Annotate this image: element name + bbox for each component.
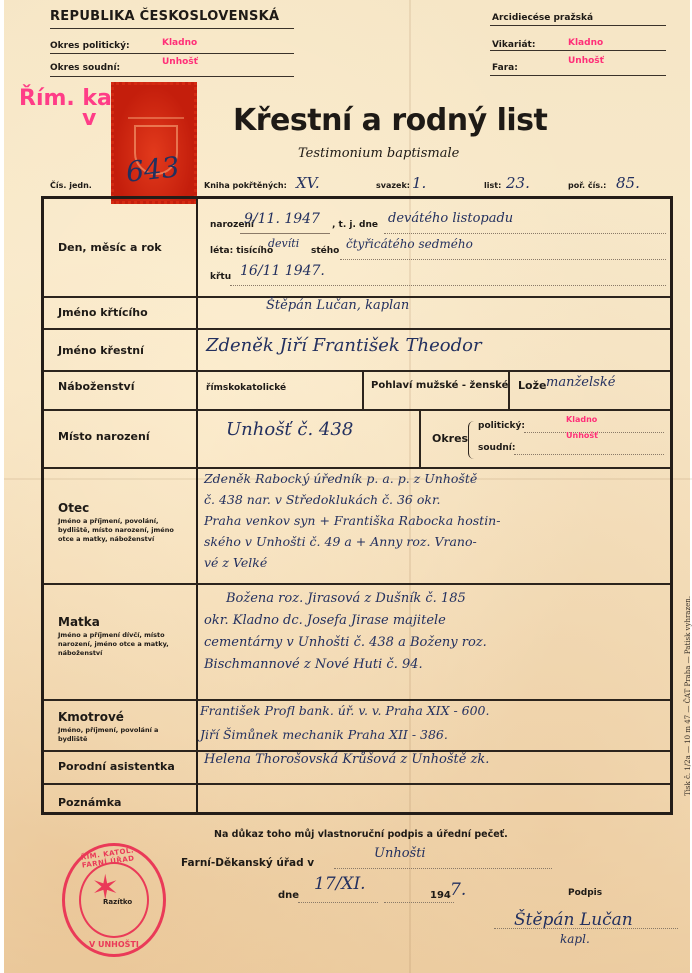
midwife-value: Helena Thorošovská Krůšová z Unhoště zk. <box>204 752 489 767</box>
kniha-label: Kniha pokřtěných: <box>204 181 287 190</box>
kniha-value: XV. <box>296 174 320 192</box>
fill-line <box>230 285 666 286</box>
mother-line: cementárny v Unhošti č. 438 a Boženy roz… <box>204 635 487 650</box>
cell-divider <box>419 411 421 468</box>
father-sublabel: Jméno a příjmení, povolání, bydliště, mí… <box>58 517 190 544</box>
mother-line: Božena roz. Jirasová z Dušník č. 185 <box>226 591 466 606</box>
por-cis-value: 85. <box>616 174 640 192</box>
year-value: 7. <box>450 880 466 900</box>
fara-label: Fara: <box>492 63 518 73</box>
vikariat-value: Kladno <box>568 38 603 48</box>
date-label: dne <box>278 890 299 901</box>
date-value: 17/XI. <box>314 874 366 894</box>
tj-dne-value: devátého listopadu <box>388 211 513 226</box>
fill-line <box>384 233 666 234</box>
father-line: ského v Unhošti č. 49 a + Anny roz. Vran… <box>204 534 477 549</box>
year-prefix: 194 <box>430 890 451 901</box>
stamp-number: 643 <box>124 150 181 188</box>
document-title: Křestní a rodný list <box>233 103 547 138</box>
list-label: list: <box>484 181 501 190</box>
parish-seal: ŘÍM. KATOL. FARNÍ ÚŘAD ✶ Razítko V UNHOŠ… <box>62 843 166 957</box>
bed-label: Lože <box>518 379 546 392</box>
fill-line <box>384 902 454 903</box>
divider <box>50 53 294 54</box>
politicky-label: politický: <box>478 421 525 431</box>
politicky-value: Kladno <box>566 415 597 424</box>
fill-line <box>240 233 330 234</box>
steho-label: stého <box>311 246 339 256</box>
divider <box>490 75 666 76</box>
note-label: Poznámka <box>58 796 121 809</box>
okres-soudni-value: Unhošť <box>162 57 198 67</box>
stamp-crest-icon <box>128 93 184 119</box>
okres-politicky-value: Kladno <box>162 38 197 48</box>
mother-line: Bischmannové z Nové Huti č. 94. <box>204 657 423 672</box>
father-label: Otec <box>58 501 89 515</box>
cell-divider <box>508 370 510 409</box>
cis-jedn-label: Čís. jedn. <box>50 181 92 190</box>
father-line: Praha venkov syn + Františka Rabocka hos… <box>204 513 500 528</box>
fill-line <box>334 868 552 869</box>
parish-stamp-line2: v <box>82 106 96 131</box>
attestation-text: Na důkaz toho můj vlastnoruční podpis a … <box>214 829 508 840</box>
fill-line <box>494 928 678 929</box>
sex-label: Pohlaví mužské - ženské <box>371 380 508 391</box>
fill-line <box>340 259 666 260</box>
row-divider <box>44 583 670 585</box>
office-label: Farní-Děkanský úřad v <box>181 857 314 869</box>
seal-center-label: Razítko <box>103 898 132 906</box>
religion-label: Náboženství <box>58 380 135 393</box>
mother-line: okr. Kladno dc. Josefa Jirase majitele <box>204 613 446 628</box>
archdiocese-label: Arcidiecése pražská <box>492 13 593 23</box>
seal-bottom-text: V UNHOŠTI <box>89 940 139 949</box>
okres-politicky-label: Okres politický: <box>50 41 130 51</box>
row-divider <box>44 328 670 330</box>
svazek-label: svazek: <box>376 181 410 190</box>
narozeni-value: 9/11. 1947 <box>244 211 320 227</box>
godparent-line: Jiří Šimůnek mechanik Praha XII - 386. <box>200 727 448 742</box>
row-divider <box>44 783 670 785</box>
signature: Štěpán Lučan <box>514 910 633 930</box>
krtu-value: 16/11 1947. <box>240 263 325 279</box>
steho-value: čtyřicátého sedmého <box>346 237 473 251</box>
row-divider <box>44 409 670 411</box>
divider <box>490 25 666 26</box>
father-line: vé z Velké <box>204 555 267 570</box>
okres-label: Okres <box>432 432 468 445</box>
given-name-label: Jméno křestní <box>58 344 144 357</box>
soudni-value: Unhošť <box>566 431 598 440</box>
svazek-value: 1. <box>412 174 426 192</box>
divider <box>50 76 294 77</box>
tj-dne-label: , t. j. dne <box>332 220 378 230</box>
fill-line <box>514 454 664 455</box>
father-line: č. 438 nar. v Středoklukách č. 36 okr. <box>204 492 441 507</box>
office-value: Unhošti <box>374 846 426 861</box>
revenue-stamp: 643 <box>111 82 197 204</box>
fara-value: Unhošť <box>568 56 604 66</box>
birthplace-value: Unhošť č. 438 <box>226 419 353 440</box>
divider <box>490 50 666 51</box>
signature-label: Podpis <box>568 888 602 898</box>
baptizer-label: Jméno křtícího <box>58 306 148 319</box>
given-name-value: Zdeněk Jiří František Theodor <box>206 335 482 356</box>
birthplace-label: Místo narození <box>58 430 150 443</box>
fill-line <box>298 902 378 903</box>
baptizer-value: Štěpán Lučan, kaplan <box>266 298 409 313</box>
bed-value: manželské <box>546 375 615 390</box>
row-divider <box>44 370 670 372</box>
vikariat-label: Vikariát: <box>492 40 535 50</box>
document-subtitle: Testimonium baptismale <box>298 146 459 161</box>
row-divider <box>44 699 670 701</box>
signature-title: kapl. <box>560 932 590 946</box>
printer-imprint-text: Tisk č. 1/2a — 10 m 47 — ČAT Praha — Pat… <box>684 596 692 796</box>
midwife-label: Porodní asistentka <box>58 760 175 773</box>
godparents-sublabel: Jméno, příjmení, povolání a bydliště <box>58 726 190 744</box>
document-paper: REPUBLIKA ČESKOSLOVENSKÁ Okres politický… <box>4 0 690 973</box>
date-label: Den, měsíc a rok <box>58 241 162 254</box>
divider <box>50 28 294 29</box>
religion-value: římskokatolické <box>206 383 286 393</box>
cell-divider <box>362 370 364 409</box>
row-divider <box>44 467 670 469</box>
printer-imprint: Tisk č. 1/2a — 10 m 47 — ČAT Praha — Pat… <box>676 600 692 800</box>
record-table: Den, měsíc a rok narození 9/11. 1947 , t… <box>41 196 673 815</box>
mother-label: Matka <box>58 615 100 629</box>
por-cis-label: poř. čís.: <box>568 181 606 190</box>
godparent-line: František Profl bank. úř. v. v. Praha XI… <box>200 703 489 718</box>
country-heading: REPUBLIKA ČESKOSLOVENSKÁ <box>50 9 279 24</box>
okres-soudni-label: Okres soudní: <box>50 63 120 73</box>
krtu-label: křtu <box>210 272 231 282</box>
soudni-label: soudní: <box>478 443 515 453</box>
leta-label: léta: tisícího <box>210 246 273 256</box>
column-divider <box>196 199 198 812</box>
brace-icon <box>468 421 474 459</box>
mother-sublabel: Jméno a příjmení dívčí, místo narození, … <box>58 631 190 658</box>
leta-value: devíti <box>268 237 299 250</box>
father-line: Zdeněk Rabocký úředník p. a. p. z Unhošt… <box>204 471 477 486</box>
list-value: 23. <box>506 174 530 192</box>
godparents-label: Kmotrové <box>58 710 124 724</box>
